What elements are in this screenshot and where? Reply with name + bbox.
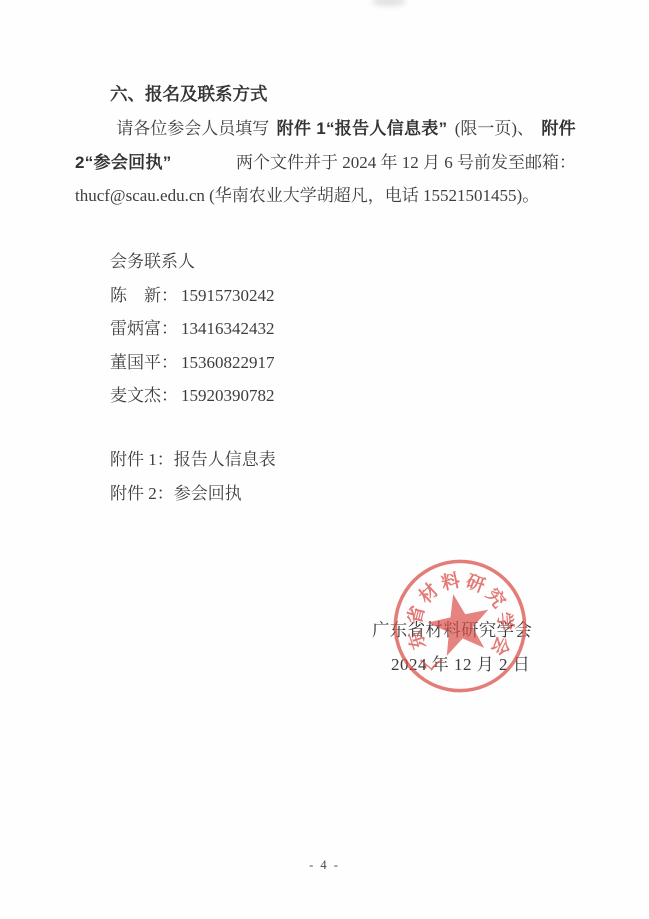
svg-text:料: 料 [439, 569, 462, 593]
page-number: - 4 - [0, 858, 649, 873]
contact-row: 陈 新：15915730242 [110, 279, 275, 313]
scan-artifact-smudge [372, 0, 406, 6]
attachment2-bold-ref-part1: 附件 [541, 112, 576, 146]
contact-name: 董国平 [110, 353, 161, 372]
scanned-document-page: 六、报名及联系方式 请各位参会人员填写附件 1“报告人信息表”(限一页)、附件 … [0, 0, 649, 919]
contact-phone: 13416342432 [178, 319, 275, 338]
email-and-phone-text: thucf@scau.edu.cn (华南农业大学胡超凡，电话 15521501… [75, 186, 539, 205]
attachment-item: 附件 1：报告人信息表 [110, 443, 276, 477]
contact-name: 陈 新 [110, 286, 161, 305]
contact-row: 雷炳富：13416342432 [110, 312, 275, 346]
paragraph-line-1: 请各位参会人员填写附件 1“报告人信息表”(限一页)、附件 [75, 112, 576, 146]
contact-phone: 15360822917 [178, 353, 275, 372]
contact-phone: 15920390782 [178, 386, 275, 405]
attachments-block: 附件 1：报告人信息表 附件 2：参会回执 [110, 443, 276, 511]
contact-phone: 15915730242 [178, 286, 275, 305]
svg-text:研: 研 [463, 571, 488, 596]
paragraph-text: (限一页)、 [455, 112, 534, 146]
svg-text:究: 究 [482, 584, 510, 612]
contact-colon: ： [161, 386, 178, 405]
contact-colon: ： [161, 319, 178, 338]
attachment-item: 附件 2：参会回执 [110, 477, 276, 511]
contact-name: 雷炳富 [110, 319, 161, 338]
paragraph-text: 请各位参会人员填写 [116, 112, 269, 146]
registration-paragraph: 请各位参会人员填写附件 1“报告人信息表”(限一页)、附件 2“参会回执”两个文… [75, 112, 576, 213]
svg-text:材: 材 [414, 579, 442, 607]
contact-row: 麦文杰：15920390782 [110, 379, 275, 413]
contact-colon: ： [161, 286, 178, 305]
contact-name: 麦文杰 [110, 386, 161, 405]
paragraph-line-2: 2“参会回执”两个文件并于 2024 年 12 月 6 号前发至邮箱： [75, 146, 576, 180]
signature-organization: 广东省材料研究学会 [372, 617, 532, 642]
first-line-indent [75, 112, 109, 146]
contact-row: 董国平：15360822917 [110, 346, 275, 380]
signature-date: 2024 年 12 月 2 日 [391, 650, 530, 675]
attachment1-bold-ref: 附件 1“报告人信息表” [277, 112, 448, 146]
contacts-block: 会务联系人 陈 新：15915730242 雷炳富：13416342432 董国… [110, 245, 275, 413]
paragraph-text: 两个文件并于 2024 年 12 月 6 号前发至邮箱： [236, 146, 576, 180]
contact-colon: ： [161, 353, 178, 372]
contacts-title: 会务联系人 [110, 245, 275, 279]
attachment2-bold-ref-part2: 2“参会回执” [75, 146, 172, 180]
paragraph-line-3: thucf@scau.edu.cn (华南农业大学胡超凡，电话 15521501… [75, 179, 576, 213]
section-heading: 六、报名及联系方式 [75, 81, 576, 106]
